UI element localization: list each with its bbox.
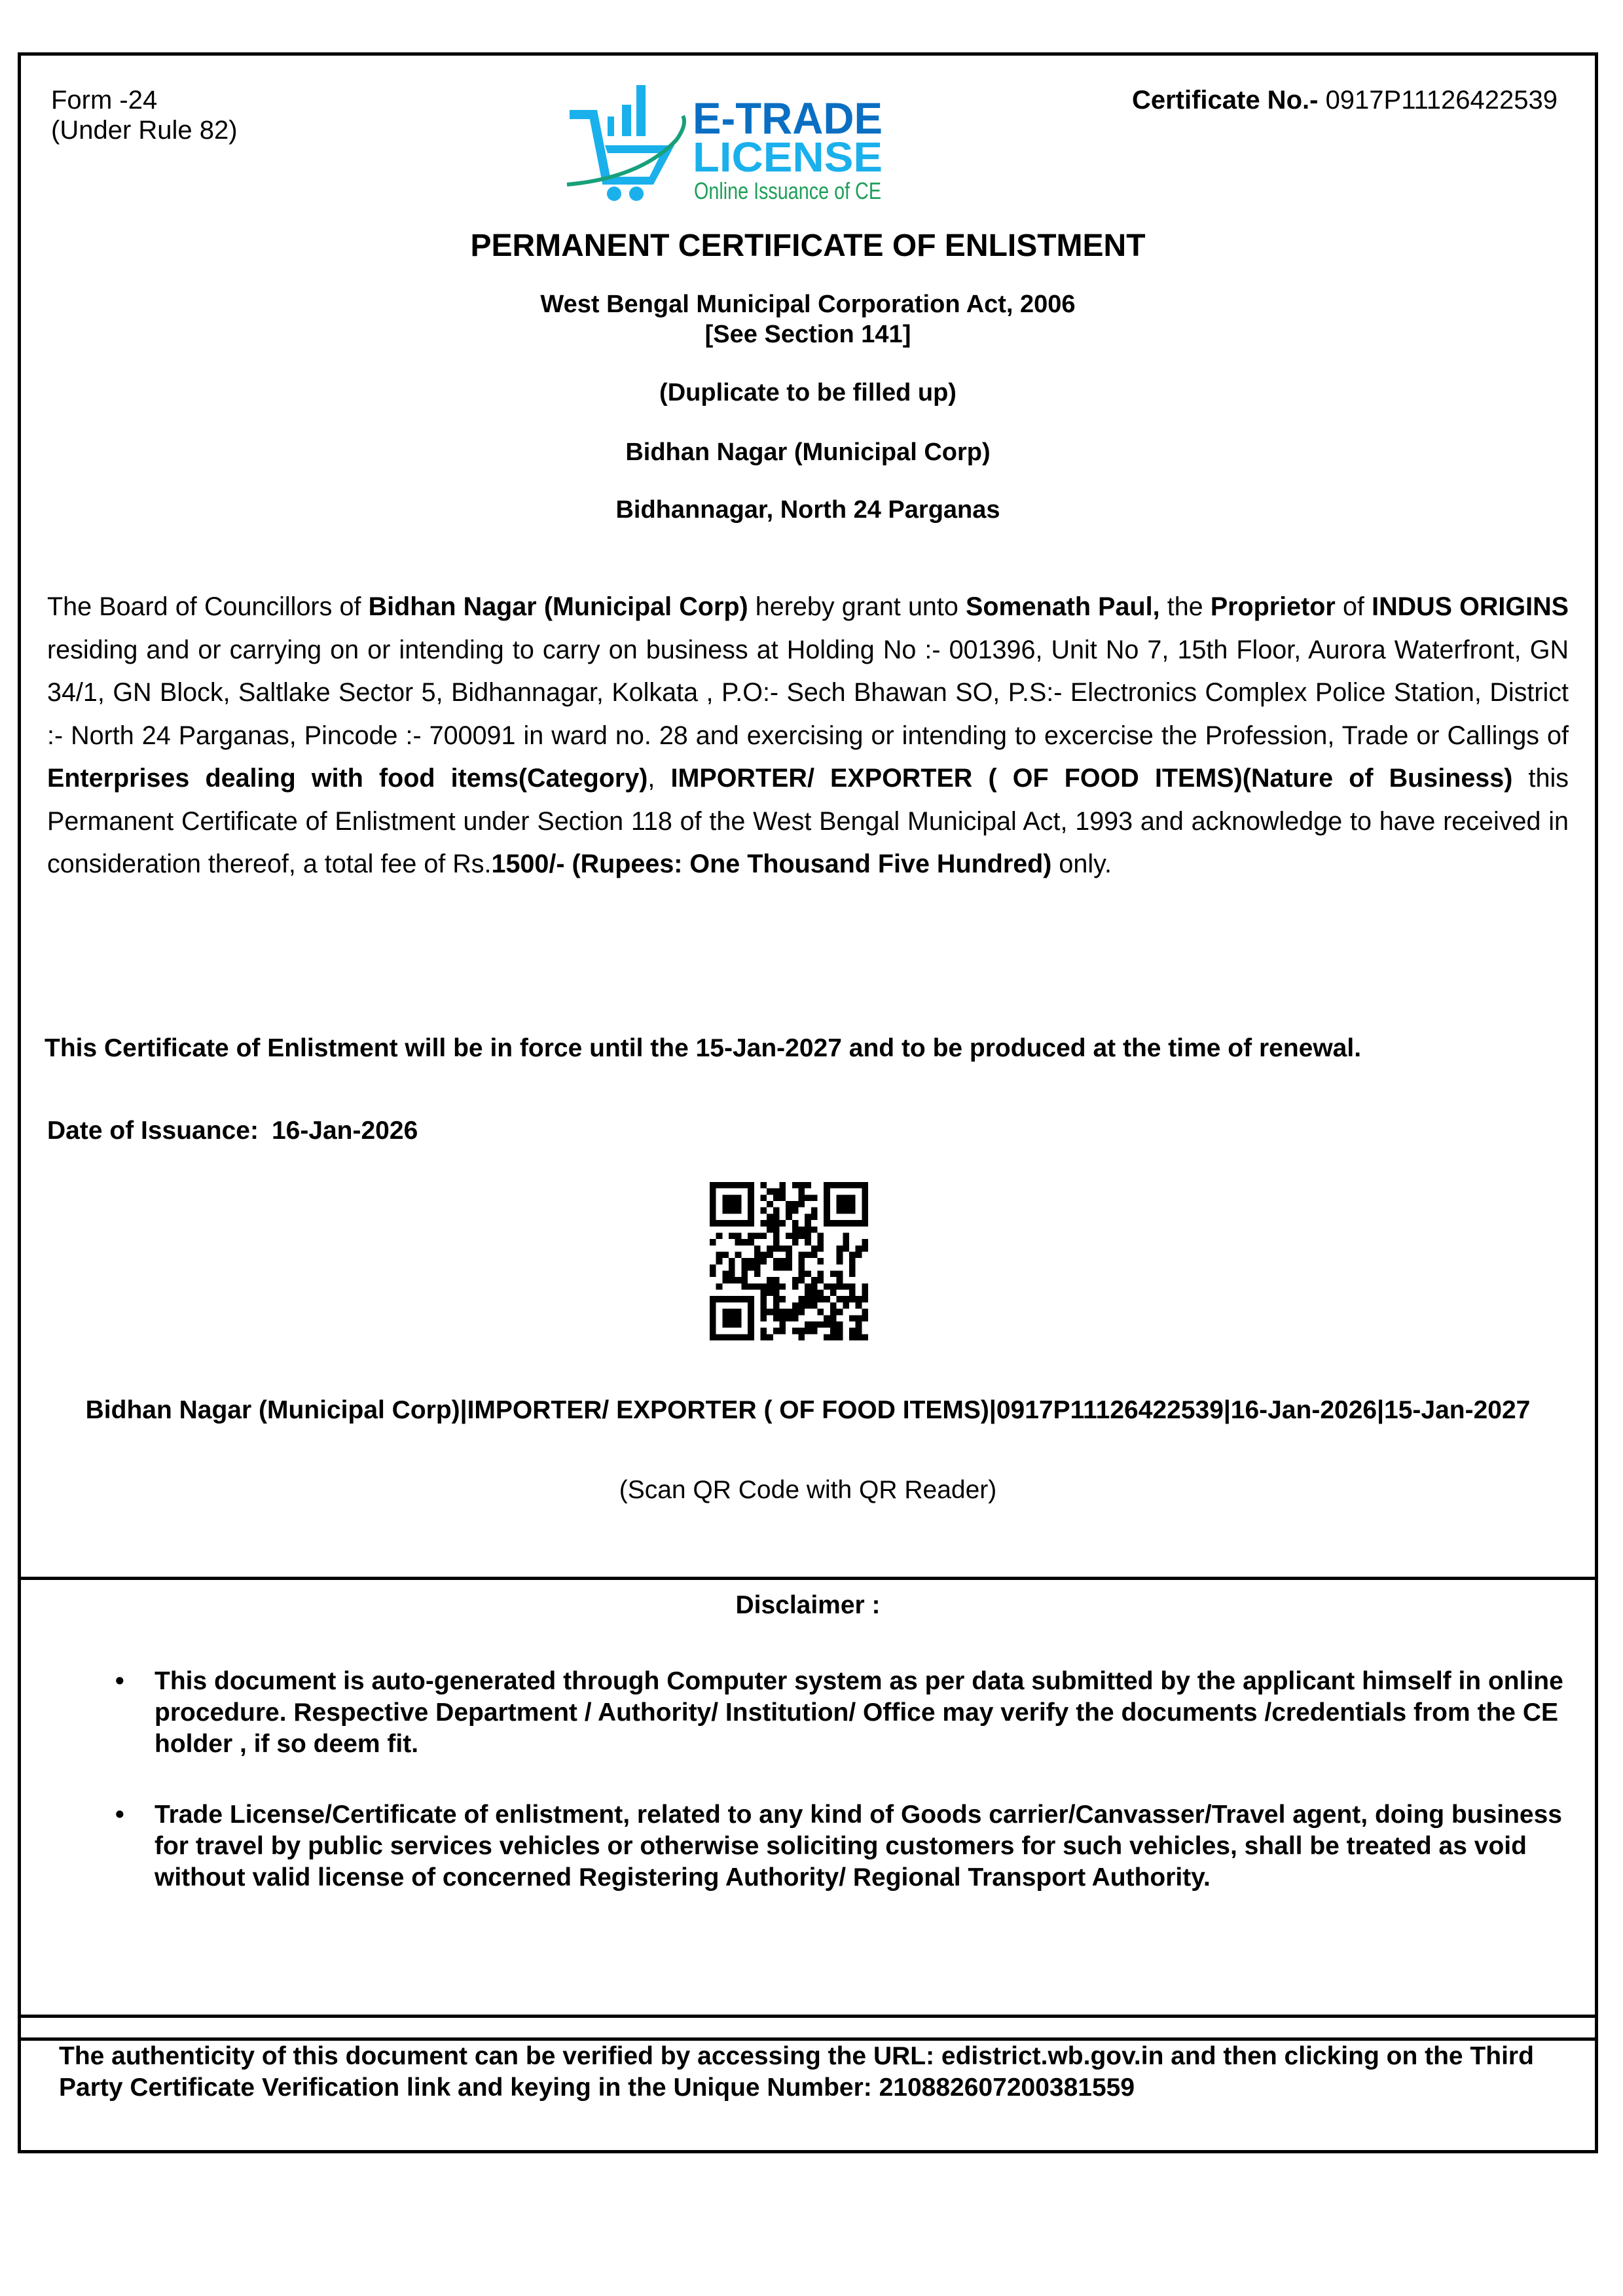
corporation-name: Bidhan Nagar (Municipal Corp) bbox=[18, 437, 1598, 467]
business-nature: IMPORTER/ EXPORTER ( OF FOOD ITEMS)(Natu… bbox=[670, 764, 1512, 793]
form-number: Form -24 (Under Rule 82) bbox=[51, 85, 238, 145]
qr-code bbox=[710, 1182, 868, 1340]
issuance-date: Date of Issuance:16-Jan-2026 bbox=[47, 1117, 418, 1145]
svg-text:LICENSE: LICENSE bbox=[693, 134, 883, 181]
certificate-number-value: 0917P11126422539 bbox=[1326, 86, 1558, 115]
bullet-icon: • bbox=[115, 1799, 124, 1831]
grant-paragraph: The Board of Councillors of Bidhan Nagar… bbox=[47, 586, 1569, 886]
act-section: [See Section 141] bbox=[18, 319, 1598, 350]
business-category: Enterprises dealing with food items(Cate… bbox=[47, 764, 647, 793]
disclaimer-list: •This document is auto-generated through… bbox=[155, 1666, 1582, 1933]
page-title: PERMANENT CERTIFICATE OF ENLISTMENT bbox=[18, 228, 1598, 264]
scan-note: (Scan QR Code with QR Reader) bbox=[18, 1476, 1598, 1505]
duplicate-note: (Duplicate to be filled up) bbox=[18, 378, 1598, 408]
disclaimer-item: •This document is auto-generated through… bbox=[155, 1666, 1582, 1760]
fee-amount: 1500/- (Rupees: One Thousand Five Hundre… bbox=[491, 850, 1051, 878]
qr-caption: Bidhan Nagar (Municipal Corp)|IMPORTER/ … bbox=[18, 1396, 1598, 1425]
corporation-location: Bidhannagar, North 24 Parganas bbox=[18, 495, 1598, 525]
form-number-text: Form -24 bbox=[51, 85, 238, 115]
verification-note: The authenticity of this document can be… bbox=[59, 2041, 1565, 2104]
bullet-icon: • bbox=[115, 1666, 124, 1697]
etrade-license-logo: E-TRADE LICENSE Online Issuance of CE bbox=[562, 80, 889, 204]
business-name: INDUS ORIGINS bbox=[1372, 592, 1569, 621]
svg-text:Online Issuance of CE: Online Issuance of CE bbox=[694, 177, 881, 204]
validity-statement: This Certificate of Enlistment will be i… bbox=[45, 1034, 1361, 1063]
issuance-date-label: Date of Issuance: bbox=[47, 1117, 259, 1145]
holder-role: Proprietor bbox=[1211, 592, 1336, 621]
disclaimer-item: •Trade License/Certificate of enlistment… bbox=[155, 1799, 1582, 1893]
disclaimer-title: Disclaimer : bbox=[18, 1591, 1598, 1620]
certificate-number: Certificate No.- 0917P11126422539 bbox=[1132, 85, 1558, 115]
divider bbox=[18, 2015, 1598, 2018]
holder-name: Somenath Paul, bbox=[966, 592, 1160, 621]
form-rule-text: (Under Rule 82) bbox=[51, 115, 238, 145]
grantor-name: Bidhan Nagar (Municipal Corp) bbox=[369, 592, 748, 621]
issuance-date-value: 16-Jan-2026 bbox=[272, 1117, 418, 1145]
divider bbox=[18, 1577, 1598, 1580]
act-name: West Bengal Municipal Corporation Act, 2… bbox=[18, 289, 1598, 319]
certificate-number-label: Certificate No.- bbox=[1132, 86, 1319, 115]
